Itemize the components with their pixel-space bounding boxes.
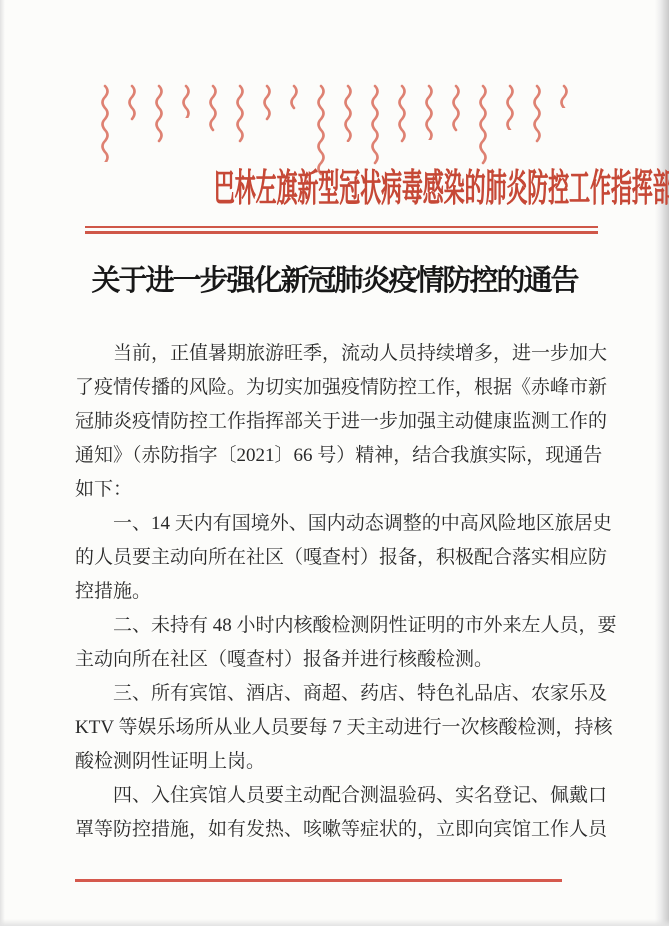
body-paragraph: 四、入住宾馆人员要主动配合测温验码、实名登记、佩戴口罩等防控措施，如有发热、咳嗽… [75, 779, 598, 847]
body-paragraph: 二、未持有 48 小时内核酸检测阴性证明的市外来左人员，要主动向所在社区（嘎查村… [75, 609, 598, 677]
scan-edge-bottom [0, 919, 669, 926]
body-line: 酸检测阴性证明上岗。 [75, 745, 598, 779]
body-line: 一、14 天内有国境外、国内动态调整的中高风险地区旅居史 [75, 507, 598, 541]
scanned-notice-page: 巴林左旗新型冠状病毒感染的肺炎防控工作指挥部办公室 关于进一步强化新冠肺炎疫情防… [0, 0, 669, 926]
mongolian-word-column [261, 84, 273, 128]
mongolian-word-column [99, 84, 111, 162]
mongolian-word-column [288, 84, 300, 110]
body-line: 如下： [75, 473, 598, 507]
mongolian-word-column [423, 84, 435, 140]
mongolian-word-column [126, 84, 138, 124]
body-line: 主动向所在社区（嘎查村）报备并进行核酸检测。 [75, 643, 598, 677]
mongolian-word-column [153, 84, 165, 144]
body-line: 四、入住宾馆人员要主动配合测温验码、实名登记、佩戴口 [75, 779, 598, 813]
footer-rule [75, 879, 562, 882]
body-line: 三、所有宾馆、酒店、商超、药店、特色礼品店、农家乐及 [75, 677, 598, 711]
notice-title: 关于进一步强化新冠肺炎疫情防控的通告 [0, 263, 669, 299]
mongolian-word-column [531, 84, 543, 144]
mongolian-word-column [369, 84, 381, 170]
body-line: 了疫情传播的风险。为切实加强疫情防控工作，根据《赤峰市新 [75, 371, 598, 405]
letterhead-office-name-text: 巴林左旗新型冠状病毒感染的肺炎防控工作指挥部办公室 [214, 166, 669, 212]
body-line: 二、未持有 48 小时内核酸检测阴性证明的市外来左人员，要 [75, 609, 598, 643]
body-line: 罩等防控措施，如有发热、咳嗽等症状的，立即向宾馆工作人员 [75, 813, 598, 847]
mongolian-word-column [396, 84, 408, 144]
mongolian-word-column [477, 84, 489, 172]
body-paragraph: 一、14 天内有国境外、国内动态调整的中高风险地区旅居史的人员要主动向所在社区（… [75, 507, 598, 609]
notice-body: 当前，正值暑期旅游旺季，流动人员持续增多，进一步加大了疫情传播的风险。为切实加强… [75, 337, 598, 847]
body-line: KTV 等娱乐场所从业人员要每 7 天主动进行一次核酸检测，持核 [75, 711, 598, 745]
mongolian-word-column [558, 84, 570, 108]
body-line: 当前，正值暑期旅游旺季，流动人员持续增多，进一步加大 [75, 337, 598, 371]
mongolian-word-column [450, 84, 462, 134]
mongolian-word-column [342, 84, 354, 142]
mongolian-word-column [234, 84, 246, 146]
body-line: 冠肺炎疫情防控工作指挥部关于进一步加强主动健康监测工作的 [75, 405, 598, 439]
letterhead-office-name: 巴林左旗新型冠状病毒感染的肺炎防控工作指挥部办公室 [0, 166, 669, 212]
mongolian-word-column [180, 84, 192, 118]
mongolian-word-column [207, 84, 219, 134]
body-line: 的人员要主动向所在社区（嘎查村）报备，积极配合落实相应防 [75, 541, 598, 575]
body-line: 通知》（赤防指字〔2021〕66 号）精神，结合我旗实际，现通告 [75, 439, 598, 473]
body-paragraph: 三、所有宾馆、酒店、商超、药店、特色礼品店、农家乐及KTV 等娱乐场所从业人员要… [75, 677, 598, 779]
body-line: 控措施。 [75, 575, 598, 609]
letterhead-double-rule [85, 226, 598, 234]
mongolian-word-column [504, 84, 516, 130]
body-paragraph: 当前，正值暑期旅游旺季，流动人员持续增多，进一步加大了疫情传播的风险。为切实加强… [75, 337, 598, 507]
